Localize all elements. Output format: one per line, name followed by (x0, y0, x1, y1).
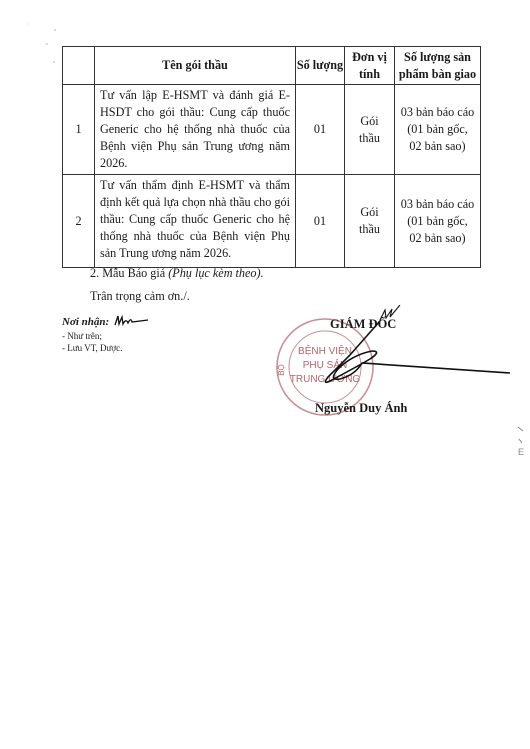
recipient-item: - Như trên; (62, 331, 102, 341)
signature-icon (300, 305, 520, 400)
scan-mark-icon: E (515, 425, 527, 470)
cell-quantity: 01 (296, 175, 345, 268)
header-quantity: Số lượng (296, 47, 345, 85)
package-table: Tên gói thầu Số lượng Đơn vị tính Số lượ… (62, 46, 481, 268)
header-unit: Đơn vị tính (345, 47, 395, 85)
closing-text: Trân trọng cảm ơn./. (90, 289, 190, 304)
header-deliverables: Số lượng sản phẩm bàn giao (395, 47, 481, 85)
recipients-title: Nơi nhận: (62, 316, 109, 328)
initial-signature-icon (113, 314, 158, 328)
document-page: Tên gói thầu Số lượng Đơn vị tính Số lượ… (0, 0, 530, 749)
cell-stt: 1 (63, 85, 95, 175)
signer-name: Nguyễn Duy Ánh (315, 401, 407, 416)
table-row: 1 Tư vấn lập E-HSMT và đánh giá E-HSDT c… (63, 85, 481, 175)
cell-package-name: Tư vấn thẩm định E-HSMT và thẩm định kết… (95, 175, 296, 268)
scan-noise-icon (10, 10, 70, 70)
attachment-text: 2. Mẫu Báo giá (90, 266, 168, 280)
attachment-line: 2. Mẫu Báo giá (Phụ lục kèm theo). (90, 266, 264, 281)
table-row: 2 Tư vấn thẩm định E-HSMT và thẩm định k… (63, 175, 481, 268)
cell-unit: Gói thầu (345, 175, 395, 268)
table-header-row: Tên gói thầu Số lượng Đơn vị tính Số lượ… (63, 47, 481, 85)
recipient-item: - Lưu VT, Dược. (62, 343, 122, 353)
header-package-name: Tên gói thầu (95, 47, 296, 85)
svg-text:BỘ: BỘ (277, 364, 286, 376)
svg-text:E: E (518, 447, 524, 457)
cell-deliverables: 03 bản báo cáo (01 bản gốc, 02 bản sao) (395, 175, 481, 268)
cell-deliverables: 03 bản báo cáo (01 bản gốc, 02 bản sao) (395, 85, 481, 175)
cell-stt: 2 (63, 175, 95, 268)
attachment-note: (Phụ lục kèm theo). (168, 266, 263, 280)
cell-unit: Gói thầu (345, 85, 395, 175)
cell-quantity: 01 (296, 85, 345, 175)
cell-package-name: Tư vấn lập E-HSMT và đánh giá E-HSDT cho… (95, 85, 296, 175)
